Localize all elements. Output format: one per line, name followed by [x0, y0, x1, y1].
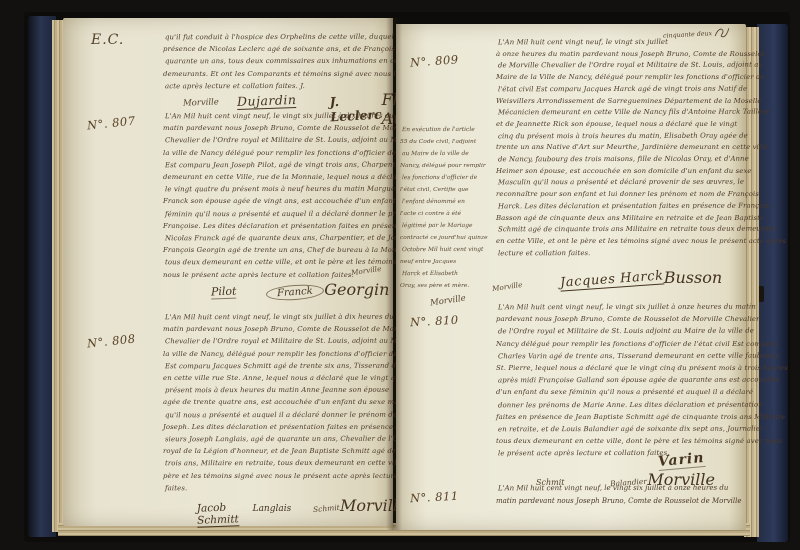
manuscript-line: le vingt quatre du présent mois à neuf h… [165, 183, 393, 196]
manuscript-line: sieurs Joseph Langlais, agé de quarante … [165, 433, 393, 446]
manuscript-line: Mécanicien demeurant en cette Ville de N… [498, 107, 742, 119]
book-cover-right [757, 24, 788, 542]
signature: Langlais [253, 504, 292, 514]
manuscript-line: matin pardevant nous Joseph Bruno, Comte… [163, 122, 391, 134]
margin-note-line: légitimé par le Mariage [402, 220, 496, 232]
manuscript-line: Françoise. Les dites déclaration et prés… [163, 220, 391, 232]
manuscript-line: matin pardevant nous Joseph Bruno, Comte… [496, 495, 740, 508]
manuscript-line: donner les prénoms de Marie Anne. Les di… [498, 398, 742, 411]
signature: Busson [664, 268, 722, 287]
manuscript-line: St. Pierre, lequel nous a déclaré que le… [496, 362, 740, 374]
manuscript-line: trente un ans Native d'Art sur Meurthe, … [496, 142, 740, 154]
entry-number-809: N°. 809 [410, 52, 459, 69]
manuscript-line: la ville de Nancy délégué pour remplir l… [163, 147, 391, 159]
manuscript-line: et de Jeannette Rick son épouse, lequel … [496, 119, 740, 131]
entry-number-807: N°. 807 [86, 113, 136, 132]
entry-number-810: N°. 810 [410, 313, 459, 330]
signature: Morville [183, 97, 219, 108]
margin-note-line: Nancy, délégué pour remplir [400, 160, 494, 172]
manuscript-line: Heimer son épouse, est accouchée en son … [496, 166, 740, 178]
signature: Jacob Schmitt [197, 501, 239, 527]
manuscript-line: en retraite, et de Louis Balandier agé d… [498, 423, 742, 436]
manuscript-line: à onze heures du matin pardevant nous Jo… [496, 49, 740, 61]
margin-note-signature: Morville [429, 294, 466, 309]
entry-808-lines: L'An Mil huit cent vingt neuf, le vingt … [163, 311, 391, 494]
manuscript-line: d'un enfant du sexe féminin qu'il nous a… [496, 386, 740, 398]
signature: Franck [266, 283, 325, 302]
manuscript-line: lecture et collation faites. [498, 247, 742, 259]
manuscript-line: féminin qu'il nous a présenté et auquel … [165, 207, 393, 220]
manuscript-line: Joseph. Les dites déclaration et présent… [163, 421, 391, 433]
manuscript-line: pardevant nous Joseph Bruno, Comte de Ro… [496, 313, 740, 325]
manuscript-line: le présent acte après lecture et collati… [498, 447, 742, 460]
margin-mark-ec: E.C. [91, 32, 124, 48]
margin-note-line: Harck et Elisabeth [402, 268, 496, 280]
manuscript-line: Est comparu Jean Joseph Pilot, agé de vi… [165, 159, 393, 172]
manuscript-line: qu'il nous a présenté et auquel il a déc… [165, 408, 393, 421]
manuscript-line: en cette Ville, et ont le père et les té… [496, 236, 740, 248]
manuscript-line: agée de trente quatre ans, est accouchée… [163, 396, 391, 408]
signature: Pilot [211, 285, 237, 300]
manuscript-line: de l'Ordre royal et Militaire de St. Lou… [498, 325, 742, 338]
manuscript-line: la ville de Nancy, délégué pour remplir … [163, 348, 391, 360]
manuscript-line: matin pardevant nous Joseph Bruno, Comte… [163, 323, 391, 335]
entry-number-811: N°. 811 [410, 489, 459, 506]
margin-note-line: l'enfant dénommé en [402, 196, 496, 208]
margin-note-line: En exécution de l'article [402, 124, 496, 136]
manuscript-line: trois ans, Militaire en retraite, tous d… [165, 457, 393, 470]
officer-signature-809: Morville [492, 280, 523, 293]
manuscript-line: royal de la Légion d'honneur, et de Jean… [163, 445, 391, 457]
manuscript-line: reconnaître pour son enfant et lui donne… [496, 189, 740, 201]
manuscript-line: Nancy délégué pour remplir les fonctions… [496, 338, 740, 350]
manuscript-line: Franck son épouse agée de vingt ans, est… [163, 195, 391, 207]
manuscript-line: demeurants. Et ont les Comparants et tém… [163, 68, 391, 80]
entry-810-lines: L'An Mil huit cent vingt neuf, le vingt … [496, 301, 740, 460]
manuscript-line: de Morville Chevalier de l'Ordre royal e… [498, 60, 742, 72]
signature: Schmit [313, 503, 340, 514]
entry-807-lines: L'An Mil huit cent vingt neuf, le vingt … [163, 110, 391, 281]
margin-note-line: 55 du Code civil, l'adjoint [400, 136, 494, 148]
entry-number-808: N°. 808 [86, 331, 136, 350]
manuscript-line: père et les témoins signé avec nous le p… [163, 470, 391, 482]
manuscript-line: demeurant en cette Ville, rue de la Monn… [163, 171, 391, 183]
manuscript-line: L'An Mil huit cent vingt neuf, le vingt … [498, 301, 742, 314]
entry-811-lines: L'An Mil huit cent vingt neuf, le vingt … [496, 482, 740, 507]
manuscript-line: faites. [165, 482, 393, 495]
manuscript-line: cinq du présent mois à trois heures du m… [498, 130, 742, 142]
manuscript-line: après midi Françoise Galland son épouse … [498, 374, 742, 387]
margin-note-line: l'acte ci contre à été [400, 208, 494, 220]
manuscript-line: L'An Mil huit cent vingt neuf, le vingt … [165, 110, 393, 123]
margin-note-line: Octobre Mil huit cent vingt [402, 244, 496, 256]
manuscript-line: Schmitt agé de cinquante trois ans Milit… [498, 224, 742, 236]
manuscript-line: faites en présence de Jean Baptiste Schm… [496, 411, 740, 423]
manuscript-line: quarante un ans, tous deux commissaires … [165, 55, 393, 68]
entry-809-signatures: Jacques HarckBusson [526, 268, 722, 288]
signature: Jacques Harck [560, 268, 665, 291]
left-page: E.C. qu'il fut conduit à l'hospice des O… [63, 18, 393, 526]
right-page: cinquante deux N°. 809 L'An Mil huit cen… [396, 24, 746, 530]
manuscript-line: tous deux demeurant en cette ville, dont… [496, 435, 740, 447]
legitimation-margin-note: En exécution de l'article55 du Code civi… [400, 124, 494, 292]
manuscript-line: Harck. Les dites déclaration et présenta… [498, 201, 742, 213]
manuscript-line: de Nancy, faubourg des trois maisons, fi… [498, 154, 742, 166]
margin-note-line: au Maire de la ville de [402, 148, 496, 160]
manuscript-line: Chevalier de l'Ordre royal et Militaire … [165, 134, 393, 147]
signature: Dujardin [237, 92, 297, 110]
manuscript-line: Maire de la Ville de Nancy, délégué pour… [496, 72, 740, 84]
manuscript-line: L'An Mil huit cent vingt neuf, le vingt … [498, 482, 742, 495]
closing-block-lines: qu'il fut conduit à l'hospice des Orphel… [163, 31, 391, 92]
manuscript-line: L'An Mil huit cent vingt neuf, le vingt … [498, 37, 742, 49]
manuscript-line: qu'il fut conduit à l'hospice des Orphel… [165, 31, 393, 44]
manuscript-line: en cette ville rue Ste. Anne, lequel nou… [163, 372, 391, 384]
manuscript-line: Nicolas Franck agé de quarante deux ans,… [165, 232, 393, 245]
entry-808-signatures: Jacob SchmittLanglaisSchmitMorville [183, 496, 407, 527]
signature: Georgin [324, 280, 389, 299]
entry-809-lines: L'An Mil huit cent vingt neuf, le vingt … [496, 37, 740, 259]
manuscript-line: présence de Nicolas Leclerc agé de soixa… [163, 43, 391, 55]
manuscript-line: Basson agé de cinquante deux ans Militai… [496, 213, 740, 225]
manuscript-line: l'état civil Est comparu Jacques Harck a… [498, 83, 742, 95]
margin-note-line: les fonctions d'officier de [402, 172, 496, 184]
manuscript-line: présent mois à deux heures du matin Anne… [165, 384, 393, 397]
manuscript-line: Weisvillers Arrondissement de Sarreguemi… [496, 96, 740, 108]
manuscript-line: François Georgin agé de trente un ans, C… [163, 244, 391, 256]
manuscript-line: Masculin qu'il nous a présenté et déclar… [498, 177, 742, 189]
manuscript-line: Charles Varin agé de trente ans, Tissera… [498, 349, 742, 362]
manuscript-line: Chevalier de l'Ordre royal et Militaire … [165, 335, 393, 348]
margin-note-line: l'état civil, Certifie que [400, 184, 494, 196]
entry-807-signatures: PilotFranckGeorgin [185, 280, 389, 300]
margin-note-line: neuf entre Jacques [400, 256, 494, 268]
manuscript-line: Est comparu Jacques Schmitt agé de trent… [165, 360, 393, 373]
signature-varin: Varin [657, 450, 705, 471]
manuscript-line: L'An Mil huit cent vingt neuf, le vingt … [165, 311, 393, 324]
margin-note-line: contracté ce jourd'hui quinze [400, 232, 494, 244]
margin-note-line: Oray, ses père et mère. [400, 280, 494, 292]
